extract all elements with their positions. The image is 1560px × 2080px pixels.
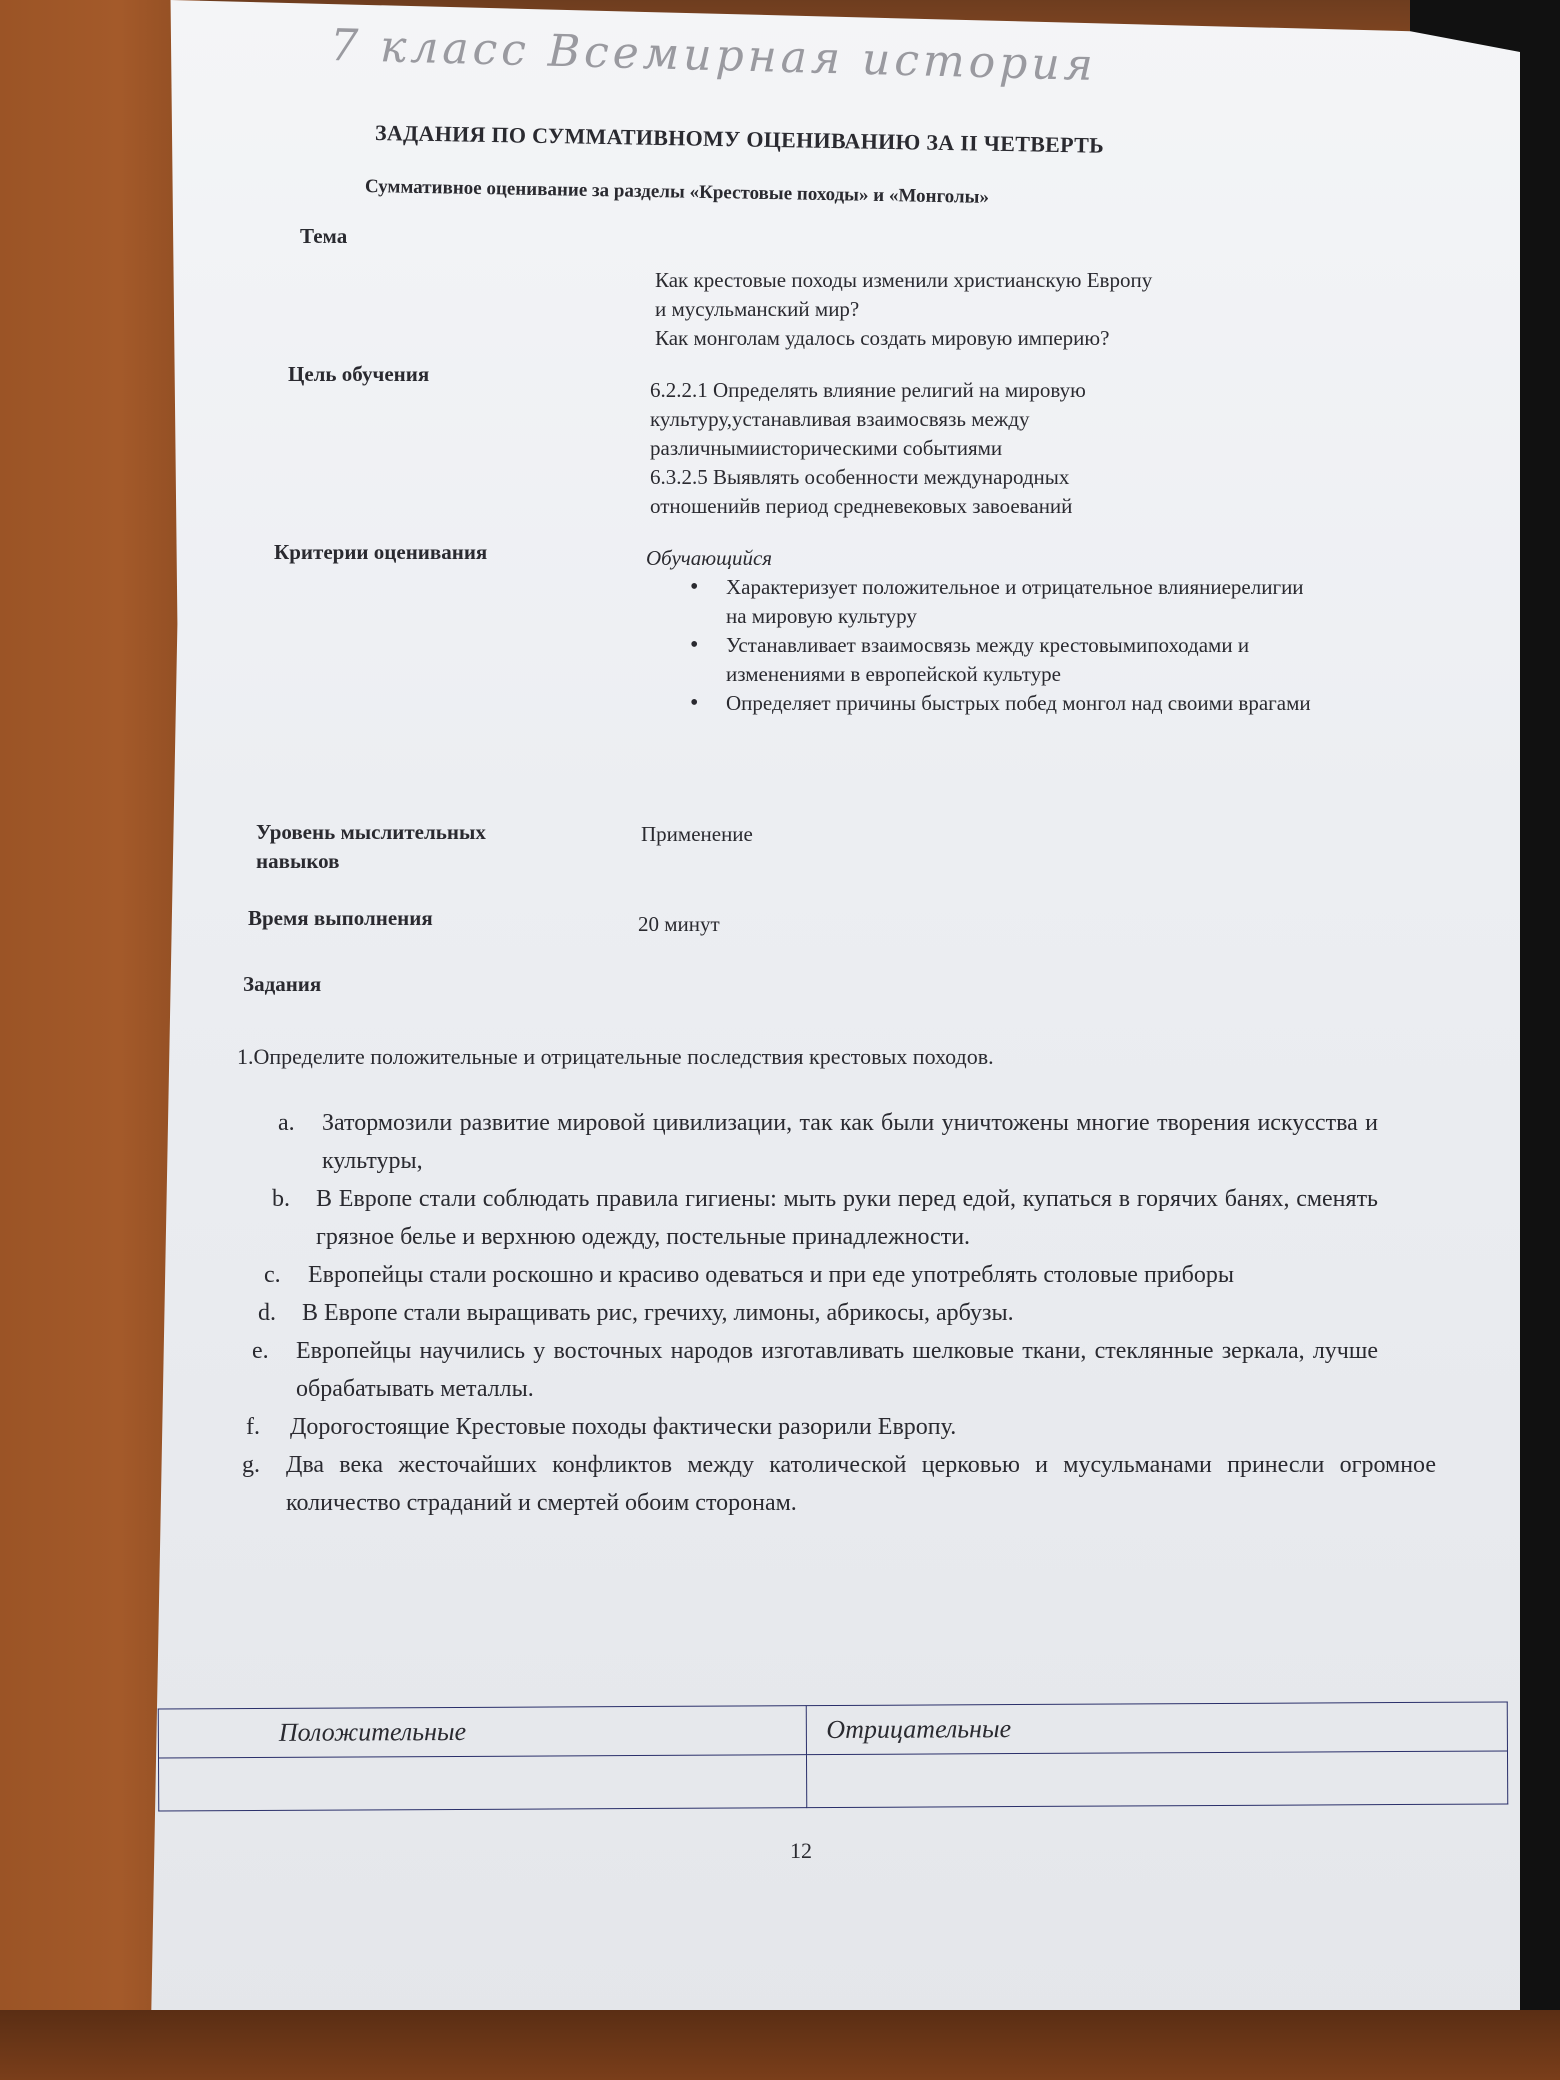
criteria-value: Обучающийся Характеризует положительное …: [646, 544, 1326, 718]
criteria-intro: Обучающийся: [646, 544, 1326, 573]
answer-table-header-row: Положительные Отрицательные: [158, 1702, 1507, 1758]
option-d: d. В Европе стали выращивать рис, гречих…: [258, 1294, 1378, 1332]
criteria-list: Характеризует положительное и отрицатель…: [690, 573, 1326, 718]
criteria-item: Определяет причины быстрых побед монгол …: [690, 689, 1326, 718]
option-f: f. Дорогостоящие Крестовые походы фактич…: [246, 1408, 1378, 1446]
option-a: a. Затормозили развитие мировой цивилиза…: [278, 1104, 1378, 1180]
option-text: Два века жесточайших конфликтов между ка…: [286, 1452, 1436, 1516]
goal-label: Цель обучения: [288, 362, 429, 387]
criteria-item: Устанавливает взаимосвязь между крестовы…: [690, 631, 1326, 689]
topic-label: Тема: [300, 224, 347, 249]
option-c: c. Европейцы стали роскошно и красиво од…: [264, 1256, 1378, 1294]
option-text: Европейцы стали роскошно и красиво одева…: [308, 1262, 1234, 1288]
skills-value: Применение: [641, 820, 753, 849]
topic-line: Как монголам удалось создать мировую имп…: [655, 324, 1152, 353]
option-b: b. В Европе стали соблюдать правила гиги…: [272, 1180, 1378, 1256]
header-positive: Положительные: [158, 1706, 806, 1758]
goal-line: 6.3.2.5 Выявлять особенности международн…: [650, 463, 1086, 492]
answer-table-row: [158, 1751, 1507, 1811]
criteria-label: Критерии оценивания: [274, 540, 487, 565]
option-text: Европейцы научились у восточных народов …: [296, 1338, 1378, 1402]
goal-line: культуру,устанавливая взаимосвязь между: [650, 405, 1086, 434]
header-negative: Отрицательные: [806, 1702, 1508, 1755]
criteria-item: Характеризует положительное и отрицатель…: [690, 573, 1326, 631]
task-1-options: a. Затормозили развитие мировой цивилиза…: [278, 1104, 1378, 1522]
goal-line: различнымиисторическими событиями: [650, 434, 1086, 463]
answer-cell-positive[interactable]: [158, 1755, 806, 1811]
option-text: В Европе стали соблюдать правила гигиены…: [316, 1186, 1378, 1250]
option-letter: e.: [252, 1332, 269, 1370]
answer-cell-negative[interactable]: [806, 1751, 1508, 1808]
option-g: g. Два века жесточайших конфликтов между…: [242, 1446, 1436, 1522]
option-e: e. Европейцы научились у восточных народ…: [252, 1332, 1378, 1408]
topic-value: Как крестовые походы изменили христианск…: [655, 266, 1152, 353]
skills-label: Уровень мыслительных навыков: [256, 818, 486, 876]
goal-value: 6.2.2.1 Определять влияние религий на ми…: [650, 376, 1086, 521]
option-letter: d.: [258, 1294, 276, 1332]
goal-line: отношенийв период средневековых завоеван…: [650, 492, 1086, 521]
option-letter: a.: [278, 1104, 295, 1142]
answer-table: Положительные Отрицательные: [158, 1701, 1509, 1811]
desk-background-bottom: [0, 2010, 1560, 2080]
option-letter: f.: [246, 1408, 260, 1446]
option-letter: c.: [264, 1256, 281, 1294]
topic-line: Как крестовые походы изменили христианск…: [655, 266, 1152, 295]
option-text: Затормозили развитие мировой цивилизации…: [322, 1110, 1378, 1174]
page-number: 12: [790, 1838, 812, 1864]
topic-line: и мусульманский мир?: [655, 295, 1152, 324]
option-letter: b.: [272, 1180, 290, 1218]
tasks-heading: Задания: [243, 972, 321, 997]
option-text: Дорогостоящие Крестовые походы фактическ…: [290, 1414, 956, 1440]
skills-label-line: навыков: [256, 847, 486, 876]
time-value: 20 минут: [638, 910, 720, 939]
option-letter: g.: [242, 1446, 260, 1484]
time-label: Время выполнения: [248, 906, 433, 931]
skills-label-line: Уровень мыслительных: [256, 818, 486, 847]
task-1-prompt: 1.Определите положительные и отрицательн…: [237, 1044, 994, 1070]
option-text: В Европе стали выращивать рис, гречиху, …: [302, 1300, 1014, 1326]
goal-line: 6.2.2.1 Определять влияние религий на ми…: [650, 376, 1086, 405]
